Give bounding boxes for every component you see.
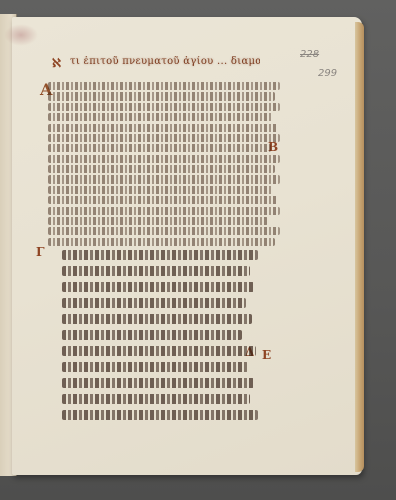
margin-marker: E — [262, 348, 271, 362]
upper-text-block — [48, 82, 280, 248]
red-stain — [4, 24, 38, 46]
folio-number-new: 299 — [318, 68, 337, 79]
lower-text-block — [62, 250, 262, 426]
margin-marker: Γ — [36, 245, 45, 259]
margin-marker: ℵ — [52, 56, 61, 70]
rubric-heading: τι ἐπιτοῦ πνευματοῦ ἁγίου ... διαμαρτύρι… — [70, 56, 260, 74]
page-edge — [355, 22, 364, 472]
folio-number-old: 228 — [300, 49, 319, 60]
